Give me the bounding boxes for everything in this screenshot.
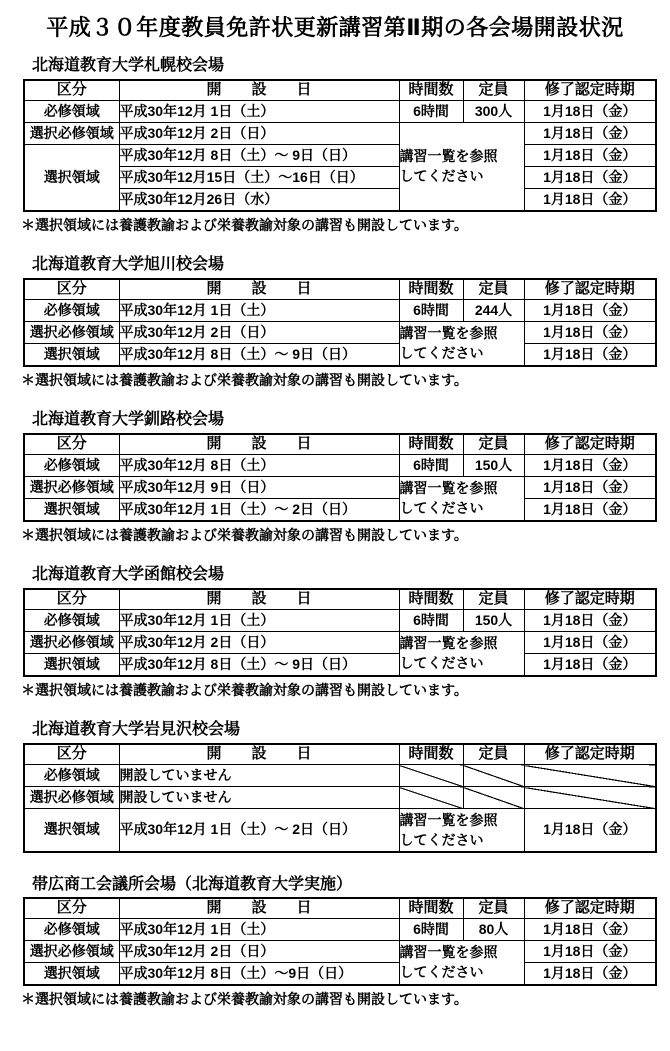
cell-completion: 1月18日（金） [524, 344, 656, 366]
reference-note-line1: 講習一覧を参照 [400, 812, 498, 828]
reference-note-line2: してください [400, 345, 484, 361]
column-header-category: 区分 [24, 744, 119, 765]
column-header-date: 開 設 日 [119, 744, 399, 765]
cell-category: 選択領域 [24, 963, 119, 985]
column-header-completion: 修了認定時期 [524, 898, 656, 919]
cell-category: 選択必修領域 [24, 123, 119, 145]
footnote: ＊選択領域には養護教諭および栄養教諭対象の講習も開設しています。 [21, 527, 670, 544]
cell-date: 平成30年12月 8日（土） [119, 455, 399, 477]
column-header-date: 開 設 日 [119, 589, 399, 610]
cell-category: 必修領域 [24, 455, 119, 477]
cell-date: 平成30年12月 1日（土）～ 2日（日） [119, 809, 399, 852]
cell-completion: 1月18日（金） [524, 455, 656, 477]
cell-date: 平成30年12月15日（土）～16日（日） [119, 167, 399, 189]
cell-capacity: 150人 [463, 455, 524, 477]
table-row: 必修領域 平成30年12月 1日（土） 6時間 80人 1月18日（金） [24, 919, 656, 941]
footnote: ＊選択領域には養護教諭および栄養教諭対象の講習も開設しています。 [21, 217, 670, 234]
header-row: 区分 開 設 日 時間数 定員 修了認定時期 [24, 80, 656, 101]
cell-hours: 6時間 [399, 610, 463, 632]
header-row: 区分 開 設 日 時間数 定員 修了認定時期 [24, 434, 656, 455]
column-header-hours: 時間数 [399, 744, 463, 765]
column-header-capacity: 定員 [463, 434, 524, 455]
cell-completion: 1月18日（金） [524, 963, 656, 985]
venue-heading: 北海道教育大学釧路校会場 [32, 410, 670, 429]
table-row: 必修領域 平成30年12月 1日（土） 6時間 150人 1月18日（金） [24, 610, 656, 632]
cell-date: 平成30年12月 2日（日） [119, 322, 399, 344]
cell-date: 平成30年12月 2日（日） [119, 123, 399, 145]
cell-completion: 1月18日（金） [524, 322, 656, 344]
header-row: 区分 開 設 日 時間数 定員 修了認定時期 [24, 744, 656, 765]
cell-completion: 1月18日（金） [524, 919, 656, 941]
header-row: 区分 開 設 日 時間数 定員 修了認定時期 [24, 589, 656, 610]
cell-completion: 1月18日（金） [524, 809, 656, 852]
schedule-table-kushiro: 区分 開 設 日 時間数 定員 修了認定時期 必修領域 平成30年12月 8日（… [23, 433, 657, 522]
column-header-completion: 修了認定時期 [524, 279, 656, 300]
cell-hours: 6時間 [399, 101, 463, 123]
cell-completion: 1月18日（金） [524, 167, 656, 189]
cell-completion: 1月18日（金） [524, 610, 656, 632]
schedule-table-iwamizawa: 区分 開 設 日 時間数 定員 修了認定時期 必修領域 開設していません 選択必… [23, 743, 657, 853]
cell-date: 平成30年12月26日（水） [119, 189, 399, 211]
reference-note-line1: 講習一覧を参照 [400, 944, 498, 960]
table-row: 選択領域 平成30年12月 8日（土）～9日（日） 1月18日（金） [24, 963, 656, 985]
table-row: 必修領域 平成30年12月 1日（土） 6時間 300人 1月18日（金） [24, 101, 656, 123]
column-header-completion: 修了認定時期 [524, 744, 656, 765]
cell-completion: 1月18日（金） [524, 941, 656, 963]
table-row: 選択必修領域 平成30年12月 2日（日） 講習一覧を参照してください 1月18… [24, 941, 656, 963]
reference-note-line2: してください [400, 655, 484, 671]
reference-note-line1: 講習一覧を参照 [400, 325, 498, 341]
column-header-completion: 修了認定時期 [524, 434, 656, 455]
cell-category: 選択領域 [24, 344, 119, 366]
cell-capacity: 244人 [463, 300, 524, 322]
cell-date: 平成30年12月 8日（土）～ 9日（日） [119, 654, 399, 676]
page-title: 平成３０年度教員免許状更新講習第Ⅱ期の各会場開設状況 [0, 15, 670, 41]
table-row: 選択必修領域 平成30年12月 2日（日） 講習一覧を参照してください 1月18… [24, 632, 656, 654]
table-row: 平成30年12月15日（土）～16日（日） 1月18日（金） [24, 167, 656, 189]
table-row: 必修領域 平成30年12月 8日（土） 6時間 150人 1月18日（金） [24, 455, 656, 477]
table-row: 選択領域 平成30年12月 1日（土）～ 2日（日） 1月18日（金） [24, 499, 656, 521]
venue-heading: 帯広商工会議所会場（北海道教育大学実施） [32, 875, 670, 894]
schedule-table-hakodate: 区分 開 設 日 時間数 定員 修了認定時期 必修領域 平成30年12月 1日（… [23, 588, 657, 677]
diagonal-empty-cell [463, 787, 524, 809]
cell-completion: 1月18日（金） [524, 477, 656, 499]
footnote: ＊選択領域には養護教諭および栄養教諭対象の講習も開設しています。 [21, 372, 670, 389]
reference-note-line2: してください [400, 832, 484, 848]
reference-note-cell: 講習一覧を参照してください [399, 123, 524, 211]
column-header-capacity: 定員 [463, 279, 524, 300]
column-header-completion: 修了認定時期 [524, 80, 656, 101]
reference-note-cell: 講習一覧を参照してください [399, 477, 524, 521]
venue-heading: 北海道教育大学旭川校会場 [32, 255, 670, 274]
diagonal-empty-cell [463, 765, 524, 787]
column-header-date: 開 設 日 [119, 279, 399, 300]
cell-completion: 1月18日（金） [524, 499, 656, 521]
cell-capacity: 300人 [463, 101, 524, 123]
schedule-table-obihiro: 区分 開 設 日 時間数 定員 修了認定時期 必修領域 平成30年12月 1日（… [23, 897, 657, 986]
cell-category: 必修領域 [24, 765, 119, 787]
cell-category: 選択領域 [24, 654, 119, 676]
cell-date: 開設していません [119, 787, 399, 809]
cell-category: 選択必修領域 [24, 941, 119, 963]
header-row: 区分 開 設 日 時間数 定員 修了認定時期 [24, 898, 656, 919]
reference-note-line1: 講習一覧を参照 [400, 480, 498, 496]
reference-note-line2: してください [400, 168, 484, 184]
column-header-hours: 時間数 [399, 279, 463, 300]
table-row: 選択領域 平成30年12月 8日（土）～ 9日（日） 1月18日（金） [24, 145, 656, 167]
cell-category: 選択必修領域 [24, 322, 119, 344]
schedule-table-sapporo: 区分 開 設 日 時間数 定員 修了認定時期 必修領域 平成30年12月 1日（… [23, 79, 657, 212]
column-header-category: 区分 [24, 80, 119, 101]
cell-completion: 1月18日（金） [524, 145, 656, 167]
table-row: 選択必修領域 開設していません [24, 787, 656, 809]
reference-note-cell: 講習一覧を参照してください [399, 941, 524, 985]
venue-heading: 北海道教育大学岩見沢校会場 [32, 720, 670, 739]
reference-note-cell: 講習一覧を参照してください [399, 322, 524, 366]
column-header-category: 区分 [24, 589, 119, 610]
cell-hours: 6時間 [399, 919, 463, 941]
venue-section-obihiro: 帯広商工会議所会場（北海道教育大学実施） 区分 開 設 日 時間数 定員 修了認… [21, 875, 670, 1008]
table-row: 必修領域 開設していません [24, 765, 656, 787]
reference-note-cell: 講習一覧を参照してください [399, 809, 524, 852]
column-header-hours: 時間数 [399, 589, 463, 610]
header-row: 区分 開 設 日 時間数 定員 修了認定時期 [24, 279, 656, 300]
column-header-date: 開 設 日 [119, 80, 399, 101]
cell-completion: 1月18日（金） [524, 654, 656, 676]
column-header-capacity: 定員 [463, 898, 524, 919]
cell-category: 必修領域 [24, 610, 119, 632]
column-header-category: 区分 [24, 434, 119, 455]
schedule-table-asahikawa: 区分 開 設 日 時間数 定員 修了認定時期 必修領域 平成30年12月 1日（… [23, 278, 657, 367]
cell-date: 平成30年12月 2日（日） [119, 632, 399, 654]
cell-completion: 1月18日（金） [524, 632, 656, 654]
column-header-capacity: 定員 [463, 744, 524, 765]
cell-date: 平成30年12月 1日（土）～ 2日（日） [119, 499, 399, 521]
column-header-capacity: 定員 [463, 80, 524, 101]
diagonal-empty-cell [399, 787, 463, 809]
diagonal-empty-cell [399, 765, 463, 787]
table-row: 選択必修領域 平成30年12月 2日（日） 講習一覧を参照してください 1月18… [24, 322, 656, 344]
cell-completion: 1月18日（金） [524, 189, 656, 211]
table-row: 選択必修領域 平成30年12月 9日（日） 講習一覧を参照してください 1月18… [24, 477, 656, 499]
cell-category: 必修領域 [24, 919, 119, 941]
column-header-date: 開 設 日 [119, 898, 399, 919]
cell-completion: 1月18日（金） [524, 101, 656, 123]
diagonal-empty-cell [524, 765, 656, 787]
cell-category: 選択領域 [24, 499, 119, 521]
reference-note-line1: 講習一覧を参照 [400, 635, 498, 651]
venue-heading: 北海道教育大学函館校会場 [32, 565, 670, 584]
cell-capacity: 150人 [463, 610, 524, 632]
cell-date: 平成30年12月 8日（土）～ 9日（日） [119, 145, 399, 167]
footnote: ＊選択領域には養護教諭および栄養教諭対象の講習も開設しています。 [21, 682, 670, 699]
venue-section-hakodate: 北海道教育大学函館校会場 区分 開 設 日 時間数 定員 修了認定時期 必修領域… [21, 565, 670, 698]
column-header-hours: 時間数 [399, 434, 463, 455]
venue-section-sapporo: 北海道教育大学札幌校会場 区分 開 設 日 時間数 定員 修了認定時期 必修領域… [21, 56, 670, 233]
cell-category: 選択領域 [24, 145, 119, 211]
cell-category: 必修領域 [24, 101, 119, 123]
cell-date: 平成30年12月 8日（土）～ 9日（日） [119, 344, 399, 366]
table-row: 選択領域 平成30年12月 8日（土）～ 9日（日） 1月18日（金） [24, 344, 656, 366]
table-row: 必修領域 平成30年12月 1日（土） 6時間 244人 1月18日（金） [24, 300, 656, 322]
cell-capacity: 80人 [463, 919, 524, 941]
cell-date: 平成30年12月 9日（日） [119, 477, 399, 499]
cell-category: 選択必修領域 [24, 632, 119, 654]
cell-date: 平成30年12月 2日（日） [119, 941, 399, 963]
cell-date: 平成30年12月 1日（土） [119, 300, 399, 322]
column-header-category: 区分 [24, 279, 119, 300]
cell-completion: 1月18日（金） [524, 123, 656, 145]
reference-note-cell: 講習一覧を参照してください [399, 632, 524, 676]
column-header-capacity: 定員 [463, 589, 524, 610]
column-header-hours: 時間数 [399, 898, 463, 919]
cell-date: 平成30年12月 1日（土） [119, 101, 399, 123]
reference-note-line1: 講習一覧を参照 [400, 148, 498, 164]
venue-section-iwamizawa: 北海道教育大学岩見沢校会場 区分 開 設 日 時間数 定員 修了認定時期 必修領… [21, 720, 670, 852]
venue-heading: 北海道教育大学札幌校会場 [32, 56, 670, 75]
cell-date: 平成30年12月 1日（土） [119, 610, 399, 632]
reference-note-line2: してください [400, 964, 484, 980]
cell-hours: 6時間 [399, 300, 463, 322]
table-row: 選択必修領域 平成30年12月 2日（日） 講習一覧を参照してください 1月18… [24, 123, 656, 145]
venue-section-asahikawa: 北海道教育大学旭川校会場 区分 開 設 日 時間数 定員 修了認定時期 必修領域… [21, 255, 670, 388]
column-header-hours: 時間数 [399, 80, 463, 101]
cell-category: 選択必修領域 [24, 477, 119, 499]
cell-date: 平成30年12月 8日（土）～9日（日） [119, 963, 399, 985]
column-header-completion: 修了認定時期 [524, 589, 656, 610]
cell-completion: 1月18日（金） [524, 300, 656, 322]
table-row: 平成30年12月26日（水） 1月18日（金） [24, 189, 656, 211]
cell-date: 開設していません [119, 765, 399, 787]
cell-hours: 6時間 [399, 455, 463, 477]
column-header-date: 開 設 日 [119, 434, 399, 455]
reference-note-line2: してください [400, 500, 484, 516]
cell-category: 選択必修領域 [24, 787, 119, 809]
footnote: ＊選択領域には養護教諭および栄養教諭対象の講習も開設しています。 [21, 991, 670, 1008]
column-header-category: 区分 [24, 898, 119, 919]
venue-section-kushiro: 北海道教育大学釧路校会場 区分 開 設 日 時間数 定員 修了認定時期 必修領域… [21, 410, 670, 543]
table-row: 選択領域 平成30年12月 1日（土）～ 2日（日） 講習一覧を参照してください… [24, 809, 656, 852]
table-row: 選択領域 平成30年12月 8日（土）～ 9日（日） 1月18日（金） [24, 654, 656, 676]
cell-category: 必修領域 [24, 300, 119, 322]
cell-date: 平成30年12月 1日（土） [119, 919, 399, 941]
cell-category: 選択領域 [24, 809, 119, 852]
diagonal-empty-cell [524, 787, 656, 809]
